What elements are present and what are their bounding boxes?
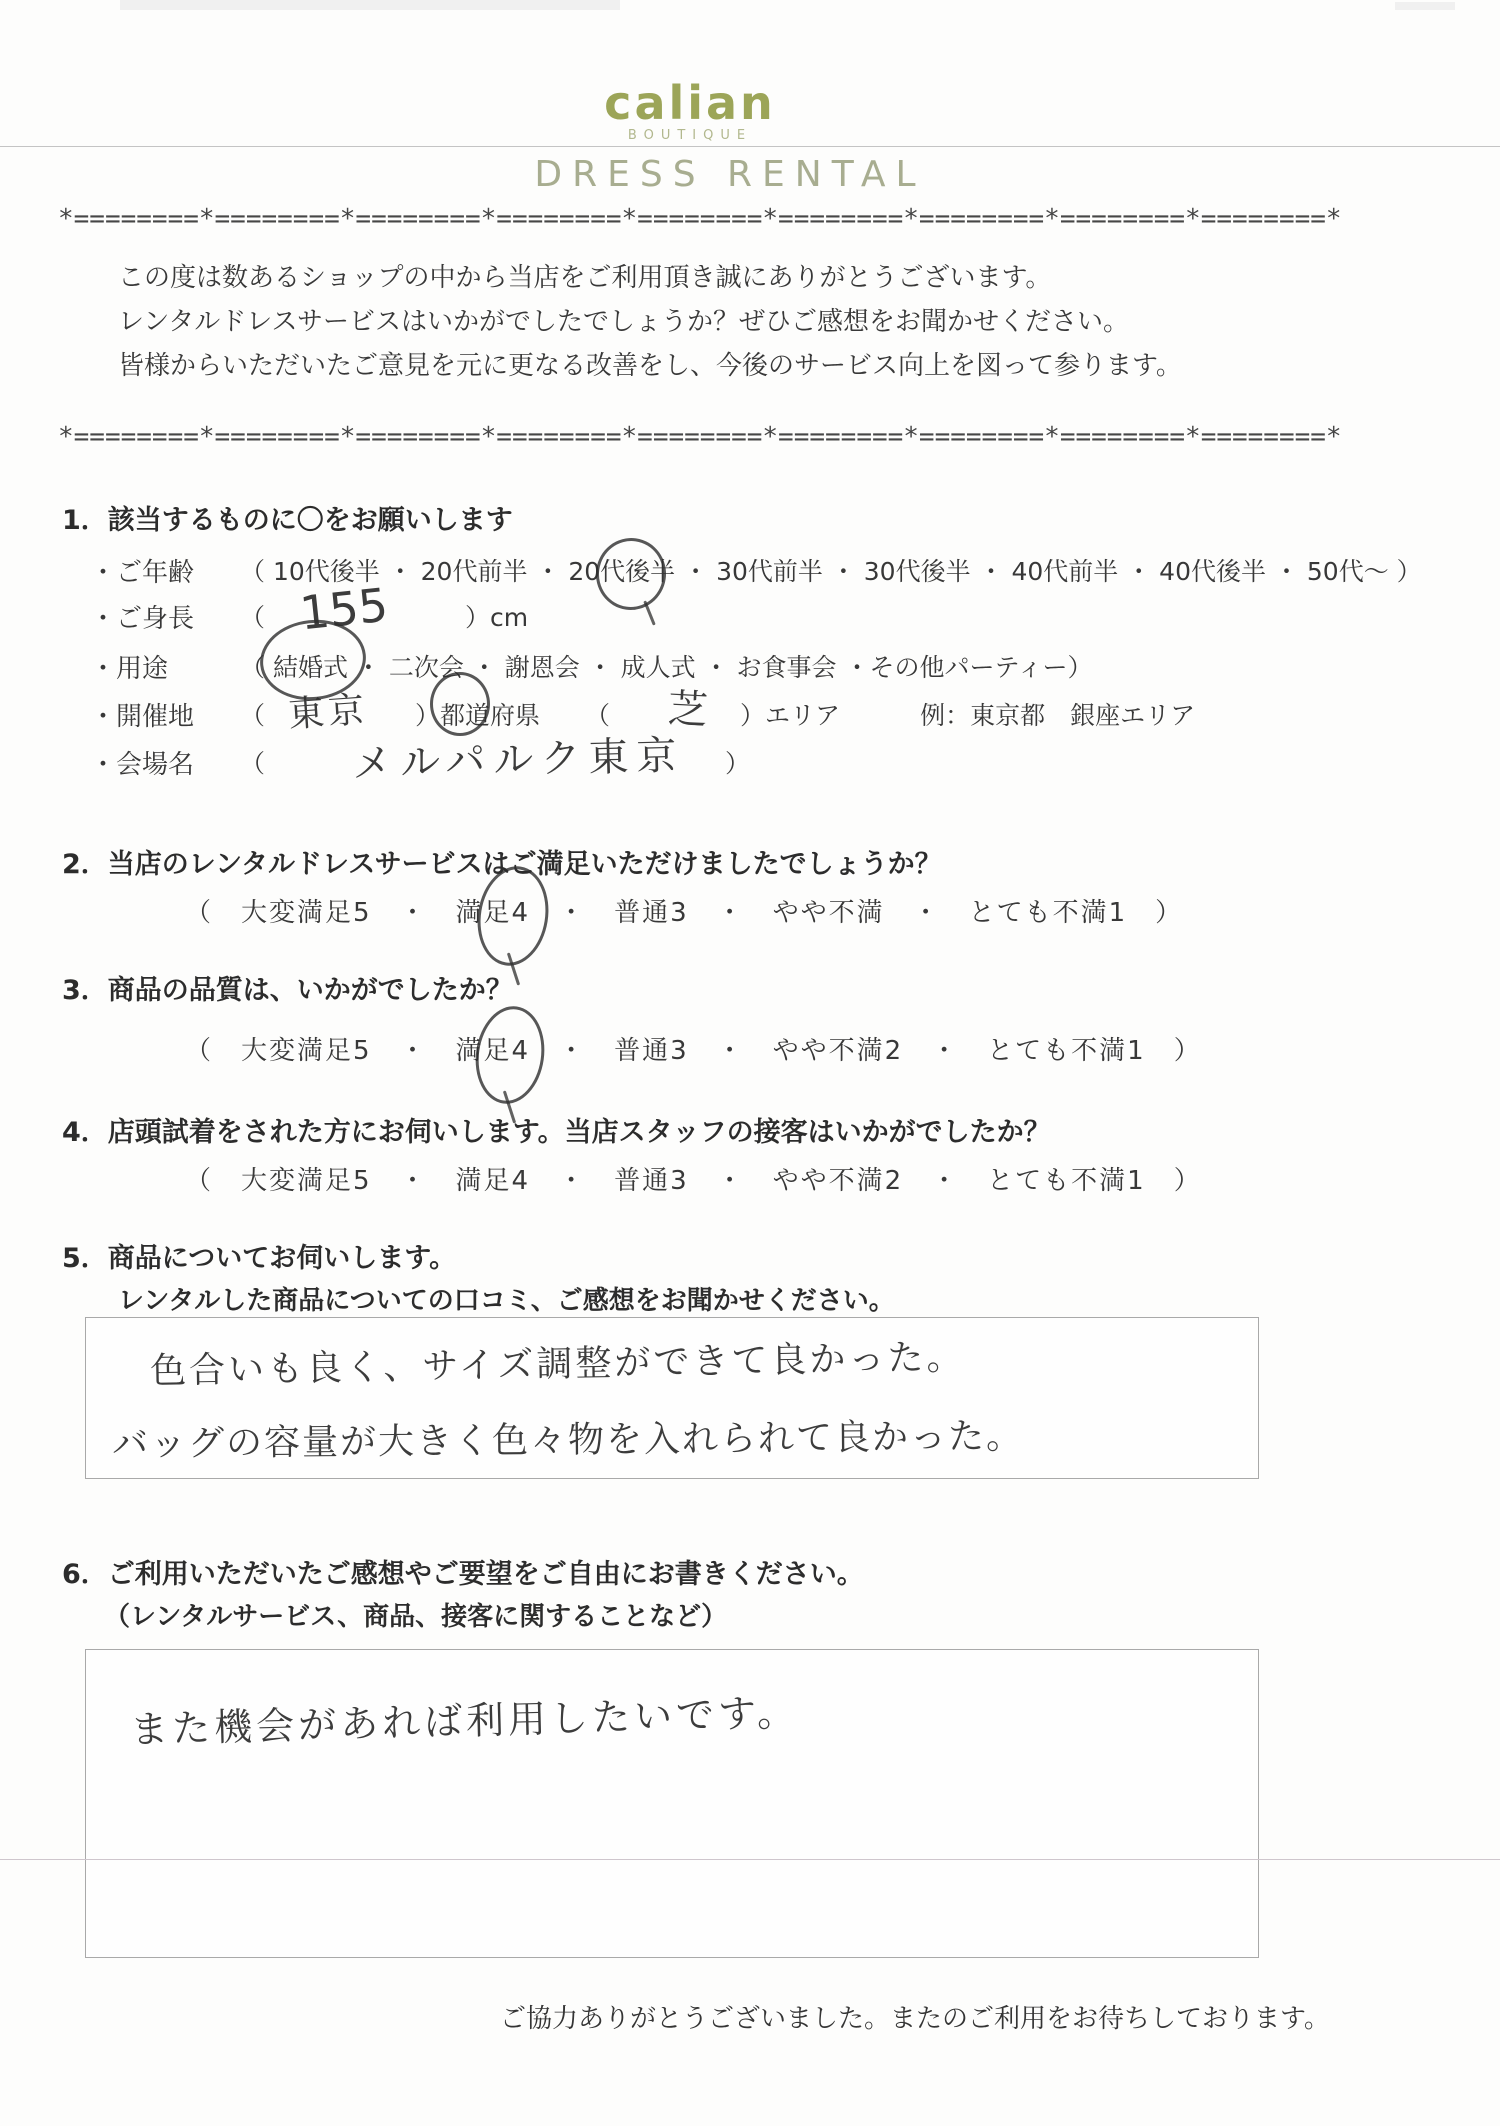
handwritten-q5-line-2: バッグの容量が大きく色々物を入れられて良かった。 bbox=[112, 1408, 1024, 1467]
intro-paragraph: この度は数あるショップの中から当店をご利用頂き誠にありがとうございます。 レンタ… bbox=[118, 256, 1182, 388]
divider-top: *========*========*========*========*===… bbox=[58, 204, 1448, 234]
circle-mark-prefecture bbox=[430, 672, 490, 736]
scan-artifact-top-right bbox=[1395, 2, 1455, 10]
q1-height-label: ・ご身長 bbox=[90, 598, 194, 635]
q3-heading: 3．商品の品質は、いかがでしたか？ bbox=[62, 968, 513, 1007]
q1-purpose-label: ・用途 bbox=[90, 648, 168, 685]
intro-line-1: この度は数あるショップの中から当店をご利用頂き誠にありがとうございます。 bbox=[118, 256, 1182, 300]
intro-line-3: 皆様からいただいたご意見を元に更なる改善をし、今後のサービス向上を図って参ります… bbox=[118, 344, 1182, 388]
footer-thanks-note: ご協力ありがとうございました。またのご利用をお待ちしております。 bbox=[500, 1998, 1330, 2035]
scan-artifact-top bbox=[120, 0, 620, 10]
intro-line-2: レンタルドレスサービスはいかがでしたでしょうか？ぜひご感想をお聞かせください。 bbox=[118, 300, 1182, 344]
q1-age-label: ・ご年齢 bbox=[90, 552, 194, 589]
q2-options: （ 大変満足5 ・ 満足4 ・ 普通3 ・ やや不満 ・ とても不満1 ） bbox=[185, 892, 1183, 929]
brand-logo: calian bbox=[0, 76, 1380, 130]
brand-boutique-label: BOUTIQUE bbox=[0, 128, 1380, 143]
q1-purpose-options: （ 結婚式 ・ 二次会 ・ 謝恩会 ・ 成人式 ・ お食事会 ・その他パーティー… bbox=[240, 648, 1092, 684]
q1-hall-label: ・会場名 bbox=[90, 744, 194, 781]
hall-paren-close: ） bbox=[725, 749, 750, 778]
scanned-survey-form: calian BOUTIQUE DRESS RENTAL *========*=… bbox=[0, 0, 1500, 2126]
height-paren-open: （ bbox=[240, 603, 265, 632]
q5-heading: 5．商品についてお伺いします。 bbox=[62, 1236, 456, 1275]
q1-place-field: （）都道府県（）エリア例：東京都 銀座エリア bbox=[240, 696, 1195, 732]
q6-heading: 6．ご利用いただいたご感想やご要望をご自由にお書きください。 bbox=[62, 1552, 864, 1591]
q3-options: （ 大変満足5 ・ 満足4 ・ 普通3 ・ やや不満2 ・ とても不満1 ） bbox=[185, 1030, 1202, 1067]
scan-line-artifact bbox=[0, 1859, 1500, 1860]
circle-mark-age bbox=[591, 533, 670, 614]
q4-heading: 4．店頭試着をされた方にお伺いします。当店スタッフの接客はいかがでしたか？ bbox=[62, 1110, 1051, 1149]
hall-paren-open: （ bbox=[240, 749, 265, 778]
q1-heading: 1．該当するものに〇をお願いします bbox=[62, 498, 513, 537]
header-rule bbox=[0, 146, 1500, 147]
q1-place-label: ・開催地 bbox=[90, 696, 194, 733]
divider-bottom: *========*========*========*========*===… bbox=[58, 422, 1448, 452]
handwritten-venue-value: メルパルク東京 bbox=[351, 724, 685, 790]
place-paren-open: （ bbox=[240, 701, 265, 730]
place-area-label: ）エリア bbox=[740, 701, 840, 730]
q6-subheading: （レンタルサービス、商品、接客に関することなど） bbox=[104, 1596, 727, 1633]
q1-age-options: （ 10代後半 ・ 20代前半 ・ 20代後半 ・ 30代前半 ・ 30代後半 … bbox=[240, 552, 1422, 588]
place-example-text: 例：東京都 銀座エリア bbox=[920, 701, 1195, 730]
circle-mark-q3-rating bbox=[470, 1002, 551, 1109]
brand-title: DRESS RENTAL bbox=[0, 154, 1460, 195]
height-paren-close: ）cm bbox=[465, 603, 528, 632]
q5-subheading: レンタルした商品についての口コミ、ご感想をお聞かせください。 bbox=[118, 1280, 895, 1317]
q4-options: （ 大変満足5 ・ 満足4 ・ 普通3 ・ やや不満2 ・ とても不満1 ） bbox=[185, 1160, 1202, 1197]
